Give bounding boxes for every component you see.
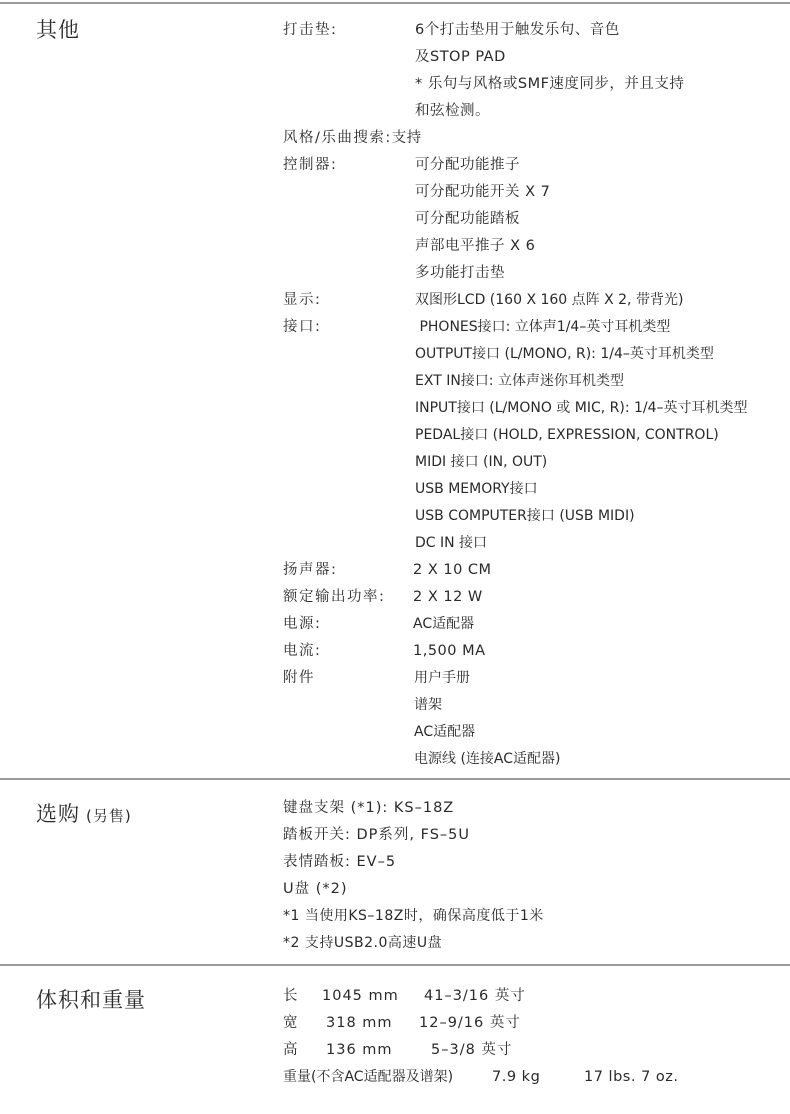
optional-footnote: *2 支持USB2.0高速U盘 [283,930,544,957]
spec-value: USB COMPUTER接口 (USB MIDI) [415,503,635,530]
optional-items-list: 键盘支架 (*1): KS–18Z 踏板开关: DP系列, FS–5U 表情踏板… [283,795,544,957]
dimension-imperial: 41–3/16 英寸 [424,983,526,1010]
spec-label: 电流: [283,638,321,665]
spec-value: 用户手册 [414,665,470,692]
optional-item: 表情踏板: EV–5 [283,849,544,876]
section-title-other: 其他 [36,14,80,44]
spec-label: 扬声器: [283,557,337,584]
spec-value: 谱架 [414,692,442,719]
spec-value: AC适配器 [414,719,475,746]
spec-label: 电源: [283,611,321,638]
dimension-label: 宽 [283,1010,298,1037]
spec-value: AC适配器 [413,611,474,638]
spec-value: * 乐句与风格或SMF速度同步，并且支持 [415,71,684,98]
spec-label: 打击垫: [283,17,337,44]
spec-value: 电源线 (连接AC适配器) [414,746,560,773]
spec-label: 控制器: [283,152,337,179]
spec-value: 和弦检测。 [415,98,490,125]
spec-value: 2 X 12 W [413,584,483,611]
dimension-imperial: 5–3/8 英寸 [431,1037,512,1064]
spec-label-text: 风格/乐曲搜索: [283,130,392,146]
section-subtitle: (另售) [86,807,132,825]
optional-item: 踏板开关: DP系列, FS–5U [283,822,544,849]
optional-item: U盘 (*2) [283,876,544,903]
weight-imperial: 17 lbs. 7 oz. [584,1064,679,1091]
spec-value: 1,500 MA [413,638,486,665]
spec-value: 可分配功能开关 X 7 [415,179,550,206]
section-title-text: 选购 [36,802,80,826]
weight-metric: 7.9 kg [492,1064,540,1091]
weight-label: 重量(不含AC适配器及谱架) [283,1064,453,1091]
spec-value: 可分配功能踏板 [415,206,520,233]
section-title-optional: 选购(另售) [36,798,132,828]
spec-value: 及STOP PAD [415,44,506,71]
dimension-imperial: 12–9/16 英寸 [419,1010,521,1037]
dimension-metric: 136 mm [326,1037,393,1064]
spec-value: DC IN 接口 [415,530,487,557]
spec-label: 附件 [283,665,315,692]
spec-value: MIDI 接口 (IN, OUT) [415,449,547,476]
section-title-dimensions: 体积和重量 [36,984,146,1014]
optional-footnote: *1 当使用KS–18Z时，确保高度低于1米 [283,903,544,930]
dimension-label: 长 [283,983,298,1010]
spec-label: 接口: [283,314,321,341]
spec-value: 2 X 10 CM [413,557,492,584]
dimension-label: 高 [283,1037,298,1064]
spec-label: 额定输出功率: [283,584,385,611]
dimension-metric: 1045 mm [322,983,399,1010]
spec-label: 显示: [283,287,321,314]
spec-label: 风格/乐曲搜索:支持 [283,125,422,152]
spec-value: 声部电平推子 X 6 [415,233,535,260]
spec-value: OUTPUT接口 (L/MONO, R): 1/4–英寸耳机类型 [415,341,714,368]
section-divider [0,964,790,966]
spec-value: USB MEMORY接口 [415,476,538,503]
dimension-metric: 318 mm [326,1010,393,1037]
spec-value: 6个打击垫用于触发乐句、音色 [415,17,620,44]
section-divider [0,778,790,780]
spec-value: EXT IN接口: 立体声迷你耳机类型 [415,368,624,395]
spec-value: INPUT接口 (L/MONO 或 MIC, R): 1/4–英寸耳机类型 [415,395,748,422]
spec-value: PHONES接口: 立体声1/4–英寸耳机类型 [415,314,670,341]
spec-value: 可分配功能推子 [415,152,520,179]
spec-inline-value: 支持 [392,130,422,146]
spec-value: 多功能打击垫 [415,260,505,287]
spec-value: PEDAL接口 (HOLD, EXPRESSION, CONTROL) [415,422,719,449]
optional-item: 键盘支架 (*1): KS–18Z [283,795,544,822]
spec-value: 双图形LCD (160 X 160 点阵 X 2, 带背光) [415,287,683,314]
section-divider-top [0,2,790,4]
